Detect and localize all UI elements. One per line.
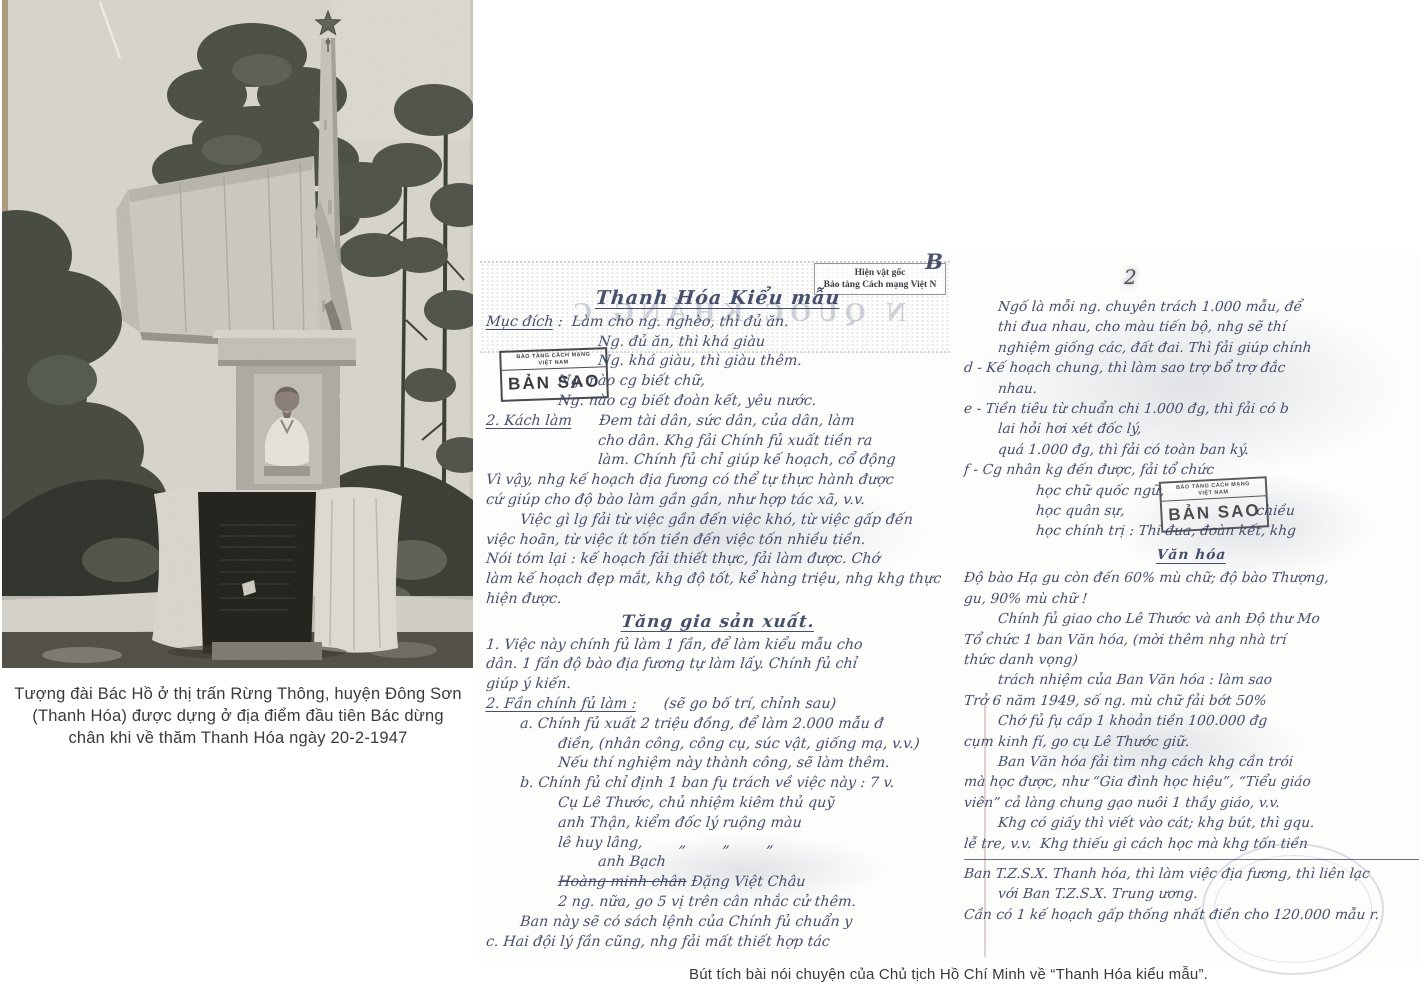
monument-photo (2, 0, 473, 668)
manuscript-line: Ng. nào cg biết đoàn kết, yêu nước. (485, 392, 951, 412)
manuscript-scan: N QUỐC KHÁNG C Hiện vật gốc Bảo tàng Các… (478, 255, 1419, 962)
manuscript-line: Văn hóa (963, 545, 1419, 565)
stamp-line: Hiện vật gốc (819, 267, 941, 279)
manuscript-line: với Ban T.Z.S.X. Trung ương. (963, 884, 1419, 904)
manuscript-line: thi đua nhau, cho màu tiến bộ, nhg sẽ th… (963, 317, 1419, 337)
manuscript-text-block: Ngố là mỗi ng. chuyên trách 1.000 mẫu, đ… (964, 297, 1419, 925)
photo-caption-line: Tượng đài Bác Hồ ở thị trấn Rừng Thông, … (8, 683, 468, 705)
manuscript-line: học chữ quốc ngữ, (963, 481, 1419, 501)
manuscript-line: Ngố là mỗi ng. chuyên trách 1.000 mẫu, đ… (963, 297, 1419, 317)
manuscript-line: c. Hai đội lý fần cũng, nhg fải mất thiế… (485, 933, 951, 953)
manuscript-line: làm. Chính fủ chỉ giúp kế hoạch, cổ động (485, 451, 951, 471)
manuscript-line: trách nhiệm của Ban Văn hóa : làm sao (963, 670, 1419, 690)
manuscript-line: Cụ Lê Thước, chủ nhiệm kiêm thủ quỹ (485, 794, 951, 814)
manuscript-line: Việc gì lg fải từ việc gần đến việc khó,… (485, 511, 951, 531)
manuscript-line: thức danh vọng) (963, 650, 1419, 670)
manuscript-line: Ban này sẽ có sách lệnh của Chính fủ chu… (485, 913, 951, 933)
manuscript-line: Mục đích : Làm cho ng. nghèo, thì đủ ăn. (485, 313, 951, 333)
manuscript-line: Ban T.Z.S.X. Thanh hóa, thì làm việc địa… (963, 864, 1419, 884)
manuscript-line: Ban Văn hóa fải tìm nhg cách khg cần tró… (963, 752, 1419, 772)
manuscript-line: Khg có giấy thì viết vào cát; khg bút, t… (963, 813, 1419, 833)
manuscript-line: học chính trị : Thi đua, đoàn kết, khg (963, 521, 1419, 541)
manuscript-line: Độ bào Hạ gu còn đến 60% mù chữ; độ bào … (963, 568, 1419, 588)
manuscript-line: anh Thận, kiểm đốc lý ruộng màu (485, 814, 951, 834)
manuscript-line: hiện được. (485, 590, 951, 610)
manuscript-line: cứ giúp cho độ bào làm gần gần, như hợp … (485, 491, 951, 511)
manuscript-line: b. Chính fủ chỉ định 1 ban fụ trách về v… (485, 774, 951, 794)
monument-photo-art (2, 0, 473, 668)
book-page: Tượng đài Bác Hồ ở thị trấn Rừng Thông, … (0, 0, 1419, 1005)
manuscript-line: Vì vậy, nhg kế hoạch địa fương có thể tự… (485, 471, 951, 491)
manuscript-line: Ng. đủ ăn, thì khá giàu (485, 333, 951, 353)
photo-caption: Tượng đài Bác Hồ ở thị trấn Rừng Thông, … (8, 683, 468, 749)
manuscript-line: a. Chính fủ xuất 2 triệu đồng, để làm 2.… (485, 715, 951, 735)
manuscript-line: quá 1.000 đg, thì fải có toàn ban ký. (963, 440, 1419, 460)
manuscript-line: f - Cg nhân kg đến được, fải tổ chức (963, 460, 1419, 480)
manuscript-line: e - Tiền tiêu từ chuẩn chi 1.000 đg, thì… (963, 399, 1419, 419)
manuscript-line: 2. Fần chính fủ làm : (sẽ go bố trí, chỉ… (485, 695, 951, 715)
manuscript-line: lê huy lâng, „ „ „ (485, 834, 951, 854)
manuscript-line: anh Bạch (485, 853, 951, 873)
manuscript-line: Ng. nào cg biết chữ, (485, 372, 951, 392)
manuscript-line: làm kế hoạch đẹp mắt, khg độ tốt, kể hàn… (485, 570, 951, 590)
manuscript-page-2: 2 BẢO TÀNG CÁCH MẠNG VIỆT NAM BẢN SAO Ng… (964, 271, 1419, 961)
manuscript-line: học quân sự, chiều (963, 501, 1419, 521)
manuscript-line: cho dân. Khg fải Chính fủ xuất tiền ra (485, 432, 951, 452)
manuscript-line: 2 ng. nữa, go 5 vị trên cân nhắc cử thêm… (485, 893, 951, 913)
manuscript-line: 2. Kách làm Đem tài dân, sức dân, của dâ… (485, 412, 951, 432)
manuscript-line: mà học được, như “Gia đình học hiệu”, “T… (963, 772, 1419, 792)
manuscript-line: điền, (nhân công, công cụ, súc vật, giốn… (485, 735, 951, 755)
manuscript-line: dân. 1 fần độ bào địa fương tự làm lấy. … (485, 655, 951, 675)
manuscript-line: d - Kế hoạch chung, thì làm sao trợ bổ t… (963, 358, 1419, 378)
manuscript-line: Trở 6 năm 1949, số ng. mù chữ fải bớt 50… (963, 691, 1419, 711)
manuscript-line: Tổ chức 1 ban Văn hóa, (mời thêm nhg nhà… (963, 630, 1419, 650)
manuscript-caption: Bút tích bài nói chuyện của Chủ tịch Hồ … (478, 966, 1419, 983)
manuscript-line: giúp ý kiến. (485, 675, 951, 695)
manuscript-line: viên” cả làng chung gạo nuôi 1 thầy giáo… (963, 793, 1419, 813)
photo-caption-line: chân khi về thăm Thanh Hóa ngày 20-2-194… (8, 727, 468, 749)
manuscript-line: Chính fủ giao cho Lê Thước và anh Độ thư… (963, 609, 1419, 629)
manuscript-line: 1. Việc này chính fủ làm 1 fần, để làm k… (485, 636, 951, 656)
manuscript-line: Chớ fủ fụ cấp 1 khoản tiền 100.000 đg (963, 711, 1419, 731)
manuscript-line: Ng. khá giàu, thì giàu thêm. (485, 352, 951, 372)
photo-caption-line: (Thanh Hóa) được dựng ở địa điểm đầu tiê… (8, 705, 468, 727)
manuscript-line: Cần có 1 kế hoạch gấp thống nhất điền ch… (963, 905, 1419, 925)
manuscript-line: cụm kinh fí, go cụ Lê Thước giữ. (963, 732, 1419, 752)
manuscript-text-block: Thanh Hóa Kiểu mẫuMục đích : Làm cho ng.… (486, 289, 950, 952)
manuscript-page-1: N QUỐC KHÁNG C Hiện vật gốc Bảo tàng Các… (486, 255, 950, 957)
manuscript-line: Nói tóm lại : kế hoạch fải thiết thực, f… (485, 550, 951, 570)
manuscript-line: Nếu thí nghiệm này thành công, sẽ làm th… (485, 754, 951, 774)
manuscript-line: Tăng gia sản xuất. (485, 613, 951, 633)
manuscript-line: Thanh Hóa Kiểu mẫu (485, 289, 951, 309)
manuscript-line: lai hỏi hơi xét đốc lý, (963, 419, 1419, 439)
manuscript-line: Hoàng minh chân Đặng Việt Châu (485, 873, 951, 893)
manuscript-line: gu, 90% mù chữ ! (963, 589, 1419, 609)
manuscript-line: lễ tre, v.v. Khg thiếu gì cách học mà kh… (963, 834, 1419, 854)
manuscript-line: nghiệm giống các, đất đai. Thì fải giúp … (963, 338, 1419, 358)
manuscript-line: việc hoãn, từ việc ít tốn tiền đến việc … (485, 531, 951, 551)
handwritten-mark: B (925, 256, 943, 268)
manuscript-line: nhau. (963, 379, 1419, 399)
page-number: 2 (1124, 265, 1137, 289)
